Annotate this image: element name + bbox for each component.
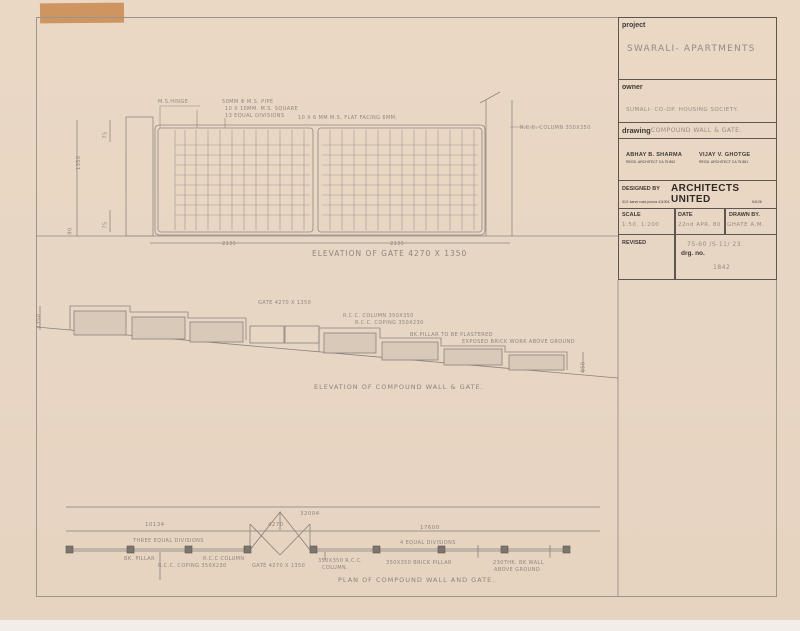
exposed-brick-note: EXPOSED BRICK WORK ABOVE GROUND: [462, 339, 575, 345]
left-leaf-dim: 2135: [222, 241, 236, 247]
gate-plan-note: GATE 4270 X 1350: [252, 563, 305, 569]
drawing-sheet: project SWARALI- APARTMENTS owner SUMALI…: [0, 0, 800, 631]
total-length-dim: 32004: [300, 511, 320, 517]
rcc-column-size-note: 350X350 R.C.C.: [318, 558, 363, 564]
rcc-coping-note: R.C.C. COPING 350X230: [355, 320, 424, 326]
rcc-column-note: R.C.C. COLUMN 350X350: [343, 313, 414, 319]
above-ground-note: ABOVE GROUND: [494, 567, 540, 573]
wall-right-height-dim: 850: [580, 362, 586, 373]
brick-pillar-plan-note: 350X350 BRICK PILLAR: [386, 560, 452, 566]
rcc-column-plan-note: R.C.C COLUMN: [203, 556, 245, 562]
three-divisions-note: THREE EQUAL DIVISIONS: [133, 538, 204, 544]
wall-elevation-caption: ELEVATION OF COMPOUND WALL & GATE.: [314, 383, 484, 391]
right-leaf-dim: 2135: [390, 241, 404, 247]
column-note: R.C.C. COLUMN 350X350: [520, 125, 591, 131]
wall-left-height-dim: 1350: [36, 314, 42, 328]
scan-margin: [0, 620, 800, 631]
flat-facing-note: 10 X 6 MM M.S. FLAT FACING 6MM.: [298, 115, 397, 121]
gate-height-dim: 1350: [76, 156, 82, 170]
bottom-dim: 75: [103, 221, 109, 228]
base-dim: 90: [68, 227, 74, 234]
square-bar-note: 10 X 10MM. M.S. SQUARE: [225, 106, 298, 112]
gate-width-dim: 4270: [268, 522, 284, 528]
four-divisions-note: 4 EQUAL DIVISIONS: [400, 540, 456, 546]
bk-pillar-note: BK. PILLAR: [124, 556, 155, 562]
right-length-dim: 17600: [420, 525, 440, 531]
pipe-note: 50MM Φ M.S. PIPE: [222, 99, 273, 105]
wall-thickness-note: 230THK. BK WALL: [493, 560, 544, 566]
hinge-note: M.S.HINGE: [158, 99, 188, 105]
coping-plan-note: R.C.C. COPING 350X230: [158, 563, 227, 569]
top-dim: 75: [103, 131, 109, 138]
left-length-dim: 10134: [145, 522, 165, 528]
gate-elevation-caption: ELEVATION OF GATE 4270 X 1350: [312, 249, 467, 258]
gate-size-note: GATE 4270 X 1350: [258, 300, 311, 306]
plan-caption: PLAN OF COMPOUND WALL AND GATE.: [338, 576, 495, 584]
column-word-note: COLUMN.: [322, 565, 348, 571]
divisions-note: 13 EQUAL DIVISIONS: [225, 113, 284, 119]
brick-pillar-note: BK.PILLAR TO BE PLASTERED: [410, 332, 493, 338]
